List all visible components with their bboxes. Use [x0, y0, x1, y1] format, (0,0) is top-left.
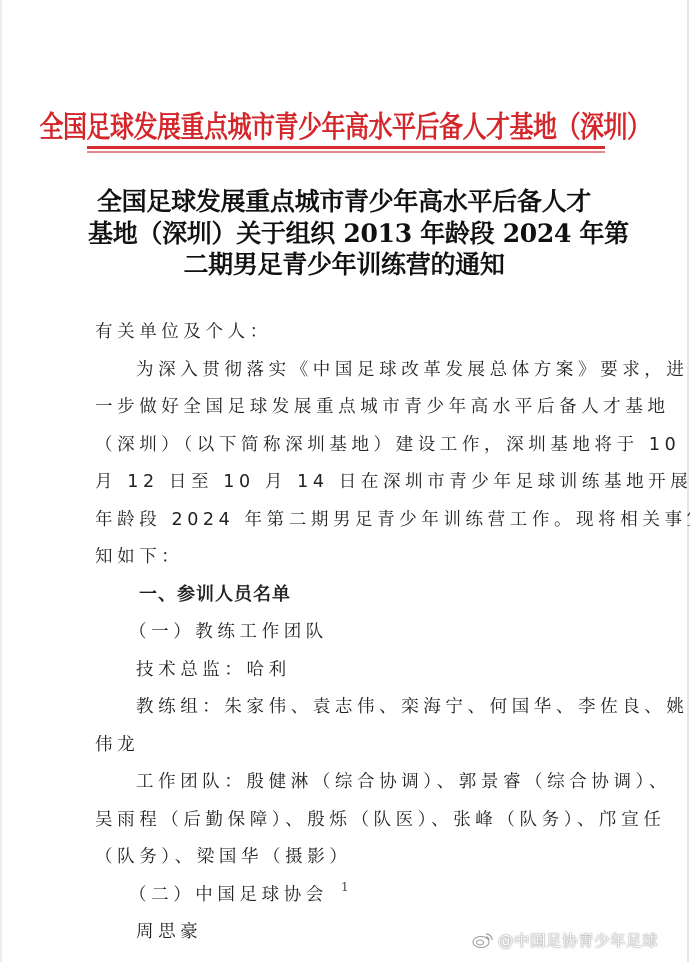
work-team-line-2: 吴雨程（后勤保障）、殷烁（队医）、张峰（队务）、邝宣任 [95, 806, 597, 835]
work-team-line-3: （队务）、梁国华（摄影） [95, 843, 597, 872]
intro-line-4: 月 12 日至 10 月 14 日在深圳市青少年足球训练基地开展 2013 [95, 468, 597, 497]
letterhead-rule-thick [87, 146, 605, 149]
letterhead-org-name: 全国足球发展重点城市青少年高水平后备人才基地（深圳） [0, 103, 690, 146]
technical-director: 技术总监：哈利 [95, 656, 597, 685]
salutation: 有关单位及个人： [95, 318, 597, 347]
title-line-3: 二期男足青少年训练营的通知 [88, 249, 600, 281]
weibo-icon [472, 932, 494, 948]
intro-line-1: 为深入贯彻落实《中国足球改革发展总体方案》要求，进 [95, 356, 597, 385]
weibo-watermark: @中国足协青少年足球 [472, 929, 658, 951]
intro-line-6: 知如下： [95, 543, 597, 572]
document-body: 有关单位及个人： 为深入贯彻落实《中国足球改革发展总体方案》要求，进 一步做好全… [95, 318, 597, 947]
section-heading-participants: 一、参训人员名单 [95, 581, 597, 610]
intro-line-5: 年龄段 2024 年第二期男足青少年训练营工作。现将相关事宜通 [95, 506, 597, 535]
work-team-line-1: 工作团队：殷健淋（综合协调）、郭景睿（综合协调）、 [95, 768, 597, 797]
intro-line-2: 一步做好全国足球发展重点城市青少年高水平后备人才基地 [95, 393, 597, 422]
coach-group-line-1: 教练组：朱家伟、袁志伟、栾海宁、何国华、李佐良、姚 [95, 693, 597, 722]
document-title: 全国足球发展重点城市青少年高水平后备人才 基地（深圳）关于组织 2013 年龄段… [88, 186, 600, 281]
title-line-2: 基地（深圳）关于组织 2013 年龄段 2024 年第 [88, 218, 600, 250]
letterhead-rule-thin [87, 151, 605, 153]
watermark-text: @中国足协青少年足球 [498, 929, 658, 951]
subheading-coaching-team: （一）教练工作团队 [95, 618, 597, 647]
intro-line-3: （深圳）（以下简称深圳基地）建设工作，深圳基地将于 10 [95, 431, 597, 460]
page-number: 1 [341, 880, 349, 894]
title-line-1: 全国足球发展重点城市青少年高水平后备人才 [88, 186, 600, 218]
coach-group-line-2: 伟龙 [95, 731, 597, 760]
